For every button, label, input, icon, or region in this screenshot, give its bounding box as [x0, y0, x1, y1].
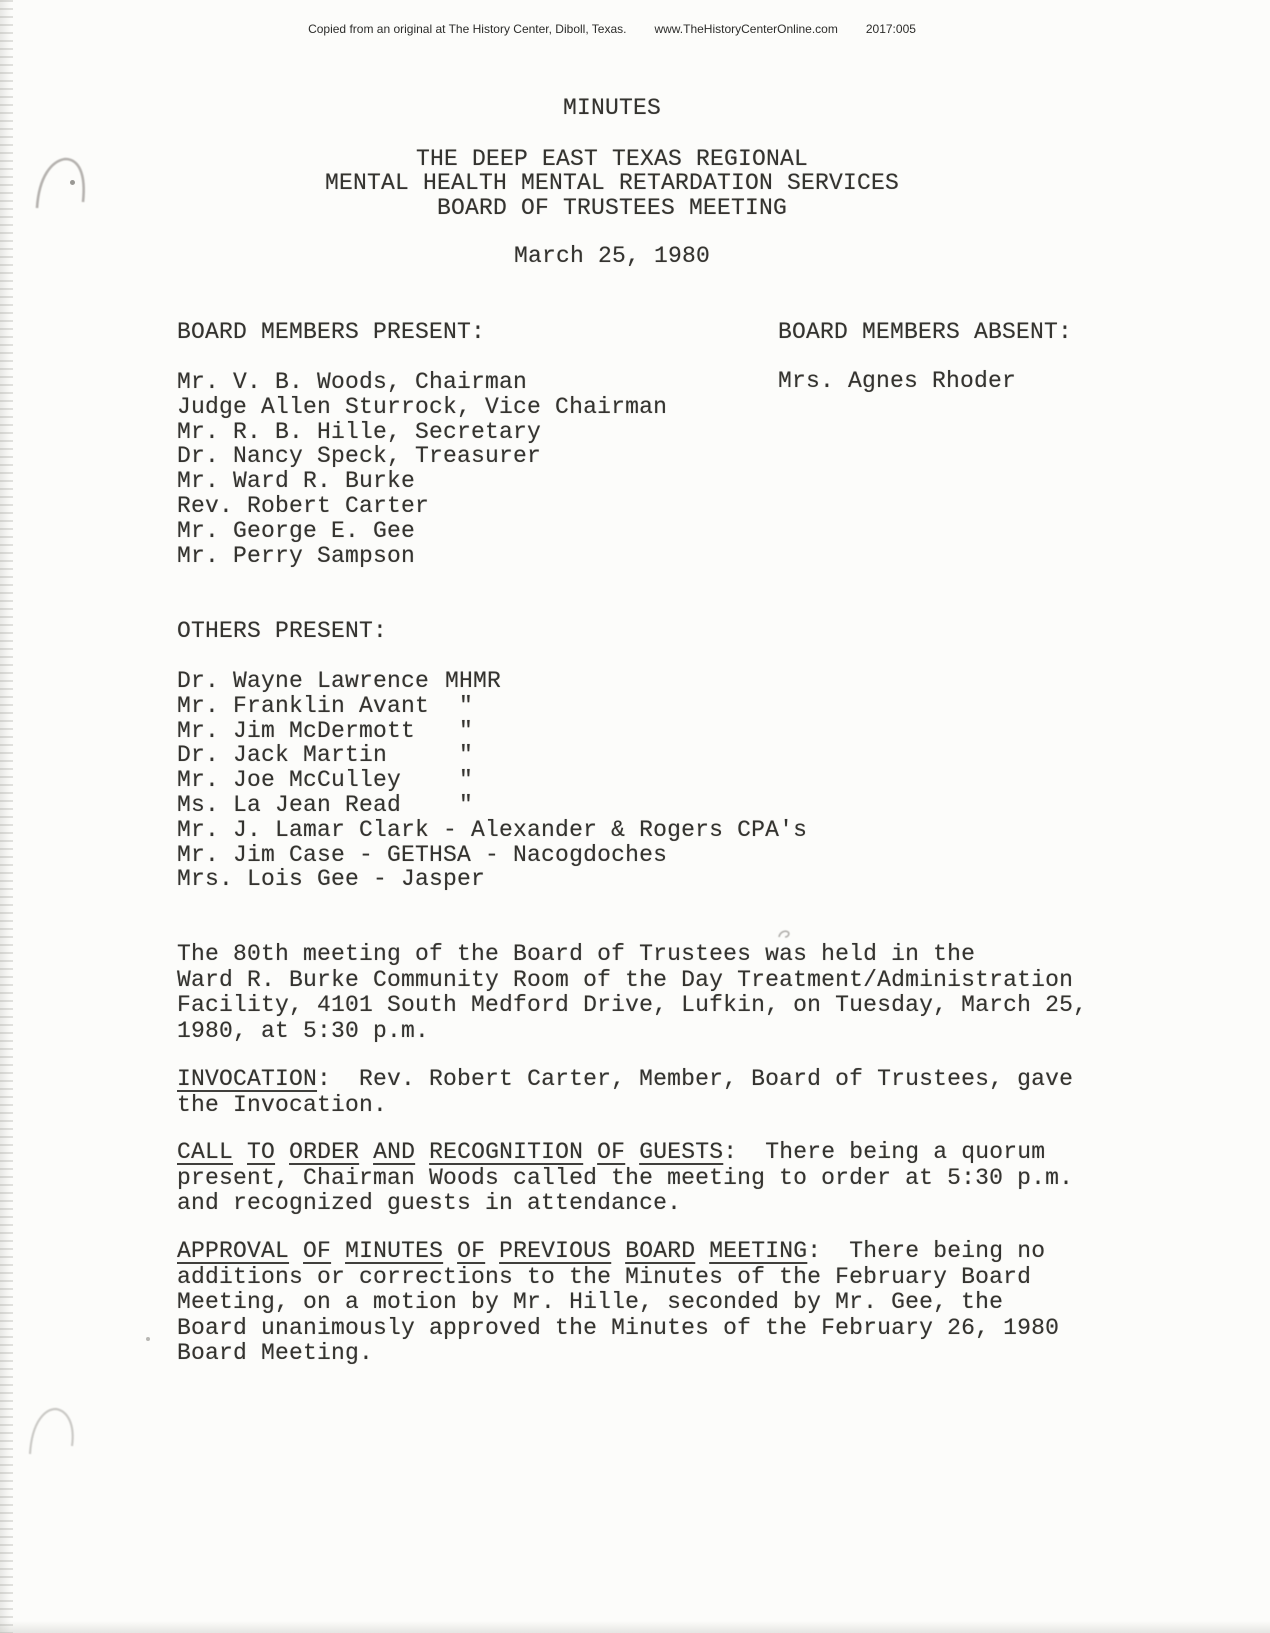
list-item: Judge Allen Sturrock, Vice Chairman [177, 395, 667, 420]
archive-header-source: Copied from an original at The History C… [308, 22, 626, 36]
list-item: Mrs. Agnes Rhoder [778, 369, 1016, 394]
attendee-ditto-mark: " [445, 719, 473, 744]
others-list: Dr. Wayne Lawrence MHMR Mr. Franklin Ava… [177, 669, 807, 892]
absent-list: Mrs. Agnes Rhoder [778, 369, 1016, 394]
list-item: Mr. V. B. Woods, Chairman [177, 370, 667, 395]
others-heading: OTHERS PRESENT: [177, 619, 387, 645]
organization-line: MENTAL HEALTH MENTAL RETARDATION SERVICE… [0, 171, 1224, 195]
ink-speck [146, 1337, 150, 1341]
list-item: Mr. Franklin Avant " [177, 694, 807, 719]
section-heading: APPROVAL OF MINUTES OF PREVIOUS BOARD ME… [177, 1238, 807, 1264]
list-item: Dr. Jack Martin " [177, 743, 807, 768]
attendee-name: Ms. La Jean Read [177, 793, 445, 818]
attendee-name: Mrs. Lois Gee - Jasper [177, 867, 485, 892]
list-item: Mr. George E. Gee [177, 519, 667, 544]
list-item: Dr. Wayne Lawrence MHMR [177, 669, 807, 694]
attendee-ditto-mark: " [445, 793, 473, 818]
attendee-name: Mr. Joe McCulley [177, 768, 445, 793]
attendee-name: Mr. Franklin Avant [177, 694, 445, 719]
attendee-name: Mr. J. Lamar Clark - Alexander & Rogers … [177, 818, 807, 843]
section-approval-of-minutes: APPROVAL OF MINUTES OF PREVIOUS BOARD ME… [177, 1239, 1187, 1367]
list-item: Ms. La Jean Read " [177, 793, 807, 818]
list-item: Mr. R. B. Hille, Secretary [177, 420, 667, 445]
organization-line: BOARD OF TRUSTEES MEETING [0, 196, 1224, 220]
section-invocation: INVOCATION: Rev. Robert Carter, Member, … [177, 1067, 1187, 1118]
list-item: Mr. Ward R. Burke [177, 469, 667, 494]
pencil-arc-bottom-left [24, 1400, 86, 1458]
list-item: Mr. Perry Sampson [177, 544, 667, 569]
attendee-name: Dr. Wayne Lawrence [177, 669, 445, 694]
smudge-mark [778, 929, 792, 939]
attendee-name: Mr. Jim Case - GETHSA - Nacogdoches [177, 843, 667, 868]
absent-heading: BOARD MEMBERS ABSENT: [778, 320, 1072, 346]
ink-speck [70, 180, 75, 185]
section-call-to-order: CALL TO ORDER AND RECOGNITION OF GUESTS:… [177, 1140, 1187, 1217]
attendee-ditto-mark: " [445, 694, 473, 719]
archive-header: Copied from an original at The History C… [0, 22, 1224, 36]
attendee-ditto-mark: " [445, 768, 473, 793]
archive-header-url: www.TheHistoryCenterOnline.com [654, 22, 837, 36]
section-heading: CALL TO ORDER AND RECOGNITION OF GUESTS [177, 1139, 723, 1165]
list-item: Mr. J. Lamar Clark - Alexander & Rogers … [177, 818, 807, 843]
organization-line: THE DEEP EAST TEXAS REGIONAL [0, 147, 1224, 171]
list-item: Rev. Robert Carter [177, 494, 667, 519]
list-item: Mr. Jim Case - GETHSA - Nacogdoches [177, 843, 807, 868]
attendee-name: Mr. Jim McDermott [177, 719, 445, 744]
scanned-document-page: Copied from an original at The History C… [0, 0, 1270, 1633]
list-item: Mr. Jim McDermott " [177, 719, 807, 744]
attendee-name: Dr. Jack Martin [177, 743, 445, 768]
section-heading: INVOCATION [177, 1066, 317, 1092]
pencil-arc-top-left [32, 148, 96, 220]
meeting-date: March 25, 1980 [0, 244, 1224, 270]
opening-paragraph: The 80th meeting of the Board of Trustee… [177, 942, 1187, 1044]
document-title: MINUTES [0, 96, 1224, 122]
present-heading: BOARD MEMBERS PRESENT: [177, 320, 485, 346]
attendee-ditto-mark: " [445, 743, 473, 768]
paragraph-text: The 80th meeting of the Board of Trustee… [177, 941, 1087, 1044]
list-item: Dr. Nancy Speck, Treasurer [177, 444, 667, 469]
present-list: Mr. V. B. Woods, Chairman Judge Allen St… [177, 370, 667, 568]
scan-bottom-edge-shadow [0, 1621, 1270, 1633]
list-item: Mr. Joe McCulley " [177, 768, 807, 793]
organization-name: THE DEEP EAST TEXAS REGIONAL MENTAL HEAL… [0, 147, 1224, 220]
list-item: Mrs. Lois Gee - Jasper [177, 867, 807, 892]
attendee-org: MHMR [445, 669, 501, 694]
archive-header-accession-number: 2017:005 [866, 22, 916, 36]
